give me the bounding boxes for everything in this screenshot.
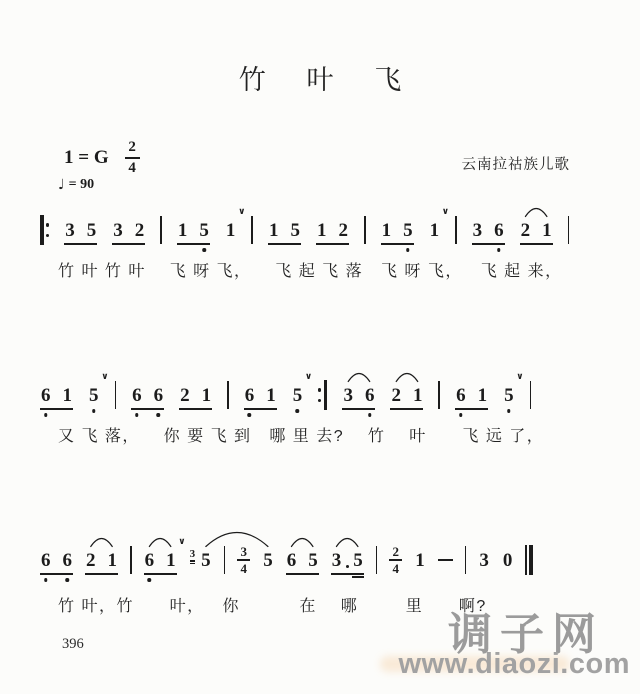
note: 6 — [154, 386, 164, 405]
note: 6 — [365, 386, 375, 405]
beat-group: 1∨ — [225, 221, 237, 240]
note-digit: 3 — [332, 550, 342, 571]
low-octave-dot — [148, 578, 152, 582]
barline — [224, 546, 226, 574]
beat-group: 5∨ — [88, 386, 100, 405]
eighth-beam — [331, 573, 364, 575]
note: 2 — [521, 221, 531, 240]
note: 5 — [263, 551, 273, 570]
low-octave-dot — [497, 248, 501, 252]
low-octave-dot — [92, 409, 96, 413]
note-digit: 5 — [201, 550, 211, 571]
time-signature-change: 34 — [237, 545, 250, 576]
note-digit: 1 — [413, 385, 423, 406]
eighth-beam — [286, 573, 319, 575]
beat-group: 5∨ — [503, 386, 515, 405]
note-digit: 2 — [180, 385, 190, 406]
lyrics-line-2: 又 飞 落， 你 要 飞 到 哪 里 去? 竹 叶 飞 远 了， — [58, 423, 620, 446]
low-octave-dot — [44, 578, 48, 582]
note: 1 — [413, 386, 423, 405]
eighth-beam — [455, 408, 488, 410]
note-digit: 2 — [135, 220, 145, 241]
time-signature-numerator: 2 — [128, 140, 136, 155]
barline — [130, 546, 132, 574]
note-digit: 6 — [154, 385, 164, 406]
note: 5 — [199, 221, 209, 240]
note-digit: 6 — [245, 385, 255, 406]
beat-group: 21 — [520, 221, 553, 240]
breath-mark: ∨ — [178, 538, 185, 547]
beat-group: 21 — [85, 551, 118, 570]
note: 0 — [503, 551, 513, 570]
note: 6 — [41, 386, 51, 405]
repeat-dots — [318, 388, 321, 401]
note-digit: 1 — [269, 220, 279, 241]
eighth-beam — [268, 243, 301, 245]
note: 6 — [287, 551, 297, 570]
beat-group: 65 — [286, 551, 319, 570]
repeat-dot — [46, 223, 49, 226]
notation-line-3: 662161∨35345653524130 — [40, 540, 600, 580]
beat-group: 61 — [40, 386, 73, 405]
note-digit: 5 — [290, 220, 300, 241]
note-digit: 6 — [287, 550, 297, 571]
barline — [438, 381, 440, 409]
note-digit: 1 — [178, 220, 188, 241]
tempo-marking: ♩ = 90 — [58, 177, 94, 193]
grace-note: 3 — [190, 549, 196, 560]
note-digit: 6 — [145, 550, 155, 571]
barline — [227, 381, 229, 409]
note: 1 — [478, 386, 488, 405]
beat-group: 61 — [244, 386, 277, 405]
key-signature: 1 = G 2 4 — [64, 140, 140, 176]
beat-group: 5 — [262, 551, 274, 570]
barline — [455, 216, 457, 244]
song-title: 竹 叶 飞 — [0, 58, 640, 97]
note: 5 — [201, 551, 211, 570]
note-digit: 2 — [521, 220, 531, 241]
breath-mark: ∨ — [516, 373, 523, 382]
low-octave-dot — [202, 248, 206, 252]
note-digit: 6 — [494, 220, 504, 241]
note-digit: 1 — [63, 385, 73, 406]
barline — [160, 216, 162, 244]
eighth-beam — [144, 573, 177, 575]
eighth-beam — [131, 408, 164, 410]
note: 2 — [86, 551, 96, 570]
barline — [115, 381, 117, 409]
note: 5 — [353, 551, 363, 570]
note: 5∨ — [89, 386, 99, 405]
eighth-beam — [112, 243, 145, 245]
repeat-dot — [46, 234, 49, 237]
beat-group: 21 — [390, 386, 423, 405]
tempo-value: = 90 — [69, 177, 94, 193]
note-digit: 1 — [166, 550, 176, 571]
note: 6 — [132, 386, 142, 405]
note-digit: 1 — [108, 550, 118, 571]
numerator: 3 — [240, 545, 247, 558]
beat-group: 5∨ — [292, 386, 304, 405]
beat-group: 15 — [177, 221, 210, 240]
beat-group: 1∨ — [429, 221, 441, 240]
low-octave-dot — [296, 409, 300, 413]
beat-group: 15 — [268, 221, 301, 240]
eighth-beam — [40, 408, 73, 410]
note-digit: 1 — [266, 385, 276, 406]
note: 1 — [266, 386, 276, 405]
note-digit: 3 — [65, 220, 75, 241]
sheet-music-page: 竹 叶 飞 1 = G 2 4 ♩ = 90 云南拉祜族儿歌 3532151∨1… — [0, 0, 640, 694]
note-digit: 3 — [190, 548, 196, 560]
duration-dash — [438, 559, 453, 561]
beat-group: 3 — [478, 551, 490, 570]
eighth-beam — [40, 573, 73, 575]
barline — [530, 381, 532, 409]
beat-group: 32 — [112, 221, 145, 240]
beat-group: 61 — [455, 386, 488, 405]
low-octave-dot — [406, 248, 410, 252]
note: 3 — [65, 221, 75, 240]
note-digit: 6 — [41, 385, 51, 406]
beat-group: 1 — [414, 551, 426, 570]
note-digit: 5 — [504, 385, 514, 406]
note: 3 — [332, 551, 342, 570]
note: 5∨ — [293, 386, 303, 405]
attribution: 云南拉祜族儿歌 — [462, 153, 571, 174]
breath-mark: ∨ — [101, 373, 108, 382]
note: 5 — [403, 221, 413, 240]
grace-underline — [190, 560, 196, 561]
dotted-rhythm-dot — [346, 565, 349, 568]
note: 2 — [135, 221, 145, 240]
note-digit: 2 — [391, 385, 401, 406]
beat-group: 61∨ — [144, 551, 177, 570]
note: 5 — [308, 551, 318, 570]
time-signature-denominator: 4 — [128, 161, 136, 176]
note-digit: 1 — [226, 220, 236, 241]
time-signature-change: 24 — [389, 545, 402, 576]
note: 1 — [269, 221, 279, 240]
low-octave-dot — [135, 413, 139, 417]
beat-group: 0 — [502, 551, 514, 570]
repeat-dots — [46, 223, 49, 236]
note-digit: 2 — [86, 550, 96, 571]
denominator: 4 — [240, 562, 247, 575]
breath-mark: ∨ — [442, 208, 449, 217]
note: 3 — [479, 551, 489, 570]
breath-mark: ∨ — [305, 373, 312, 382]
note-digit: 6 — [41, 550, 51, 571]
note-digit: 1 — [415, 550, 425, 571]
note: 6 — [41, 551, 51, 570]
eighth-beam — [244, 408, 277, 410]
barline — [376, 546, 378, 574]
slur-arcs-overlay — [0, 0, 640, 694]
note-digit: 6 — [365, 385, 375, 406]
note-digit: 5 — [263, 550, 273, 571]
eighth-beam — [179, 408, 212, 410]
note-digit: 3 — [343, 385, 353, 406]
page-number: 396 — [62, 636, 84, 653]
note-digit: 5 — [293, 385, 303, 406]
barline — [251, 216, 253, 244]
note: 1 — [317, 221, 327, 240]
note-digit: 3 — [473, 220, 483, 241]
note: 1 — [63, 386, 73, 405]
time-signature: 2 4 — [125, 140, 140, 176]
beat-group: 36 — [342, 386, 375, 405]
beat-group: 21 — [179, 386, 212, 405]
note: 1 — [415, 551, 425, 570]
note: 1 — [108, 551, 118, 570]
beat-group: 36 — [472, 221, 505, 240]
note: 1 — [202, 386, 212, 405]
thick-bar — [529, 545, 533, 575]
note-digit: 3 — [479, 550, 489, 571]
note-digit: 0 — [503, 550, 513, 571]
note-digit: 6 — [132, 385, 142, 406]
eighth-beam — [472, 243, 505, 245]
numerator: 2 — [393, 545, 400, 558]
note: 1∨ — [166, 551, 176, 570]
fraction-bar — [125, 157, 140, 159]
thin-bar — [525, 545, 527, 575]
eighth-beam — [390, 408, 423, 410]
beat-group: 15 — [381, 221, 414, 240]
notation-line-1: 3532151∨1512151∨3621 — [40, 210, 600, 250]
note-digit: 5 — [308, 550, 318, 571]
beat-group: 12 — [316, 221, 349, 240]
note: 2 — [180, 386, 190, 405]
note: 5 — [87, 221, 97, 240]
note-digit: 5 — [199, 220, 209, 241]
breath-mark: ∨ — [238, 208, 245, 217]
low-octave-dot — [157, 413, 161, 417]
note: 6 — [63, 551, 73, 570]
barline — [568, 216, 570, 244]
note-digit: 1 — [478, 385, 488, 406]
low-octave-dot — [66, 578, 70, 582]
note: 5∨ — [504, 386, 514, 405]
beat-group: 35 — [331, 551, 364, 570]
note: 1∨ — [430, 221, 440, 240]
quarter-note-icon: ♩ — [58, 177, 65, 193]
note-digit: 1 — [542, 220, 552, 241]
barline — [364, 216, 366, 244]
note: 6 — [245, 386, 255, 405]
low-octave-dot — [459, 413, 463, 417]
note-digit: 5 — [353, 550, 363, 571]
key-tonic: 1 = G — [64, 147, 109, 169]
note-digit: 2 — [338, 220, 348, 241]
note-digit: 5 — [87, 220, 97, 241]
note-digit: 3 — [113, 220, 123, 241]
note: 2 — [338, 221, 348, 240]
note: 3 — [113, 221, 123, 240]
note-digit: 1 — [202, 385, 212, 406]
note: 2 — [391, 386, 401, 405]
beat-group: 66 — [40, 551, 73, 570]
repeat-dot — [318, 399, 321, 402]
thick-bar — [324, 380, 328, 410]
barline — [465, 546, 467, 574]
note-digit: 1 — [382, 220, 392, 241]
beat-group: 35 — [189, 551, 212, 570]
notation-line-2: 615∨6621615∨3621615∨ — [40, 375, 600, 415]
note: 1 — [382, 221, 392, 240]
eighth-beam — [520, 243, 553, 245]
note: 6 — [456, 386, 466, 405]
eighth-beam — [342, 408, 375, 410]
note: 1 — [178, 221, 188, 240]
sixteenth-underline — [352, 576, 364, 578]
lyrics-line-1: 竹 叶 竹 叶 飞 呀 飞， 飞 起 飞 落 飞 呀 飞， 飞 起 来， — [58, 258, 620, 281]
note: 6 — [494, 221, 504, 240]
note: 6 — [145, 551, 155, 570]
note: 1∨ — [226, 221, 236, 240]
repeat-dot — [318, 388, 321, 391]
low-octave-dot — [44, 413, 48, 417]
denominator: 4 — [393, 562, 400, 575]
eighth-beam — [64, 243, 97, 245]
note: 5 — [290, 221, 300, 240]
eighth-beam — [177, 243, 210, 245]
repeat-end-barline — [318, 380, 327, 410]
note-digit: 1 — [430, 220, 440, 241]
repeat-begin-barline — [40, 215, 49, 245]
grace-underline — [190, 563, 196, 564]
final-barline — [525, 545, 533, 575]
note-digit: 5 — [403, 220, 413, 241]
eighth-beam — [316, 243, 349, 245]
note: 3 — [343, 386, 353, 405]
low-octave-dot — [248, 413, 252, 417]
note-digit: 5 — [89, 385, 99, 406]
thick-bar — [40, 215, 44, 245]
note: 1 — [542, 221, 552, 240]
beat-group: 66 — [131, 386, 164, 405]
note-digit: 6 — [63, 550, 73, 571]
low-octave-dot — [368, 413, 372, 417]
low-octave-dot — [507, 409, 511, 413]
note: 3 — [473, 221, 483, 240]
note-digit: 1 — [317, 220, 327, 241]
eighth-beam — [85, 573, 118, 575]
note-digit: 6 — [456, 385, 466, 406]
beat-group: 35 — [64, 221, 97, 240]
watermark-site-url: www.diaozi.com — [398, 648, 630, 681]
eighth-beam — [381, 243, 414, 245]
